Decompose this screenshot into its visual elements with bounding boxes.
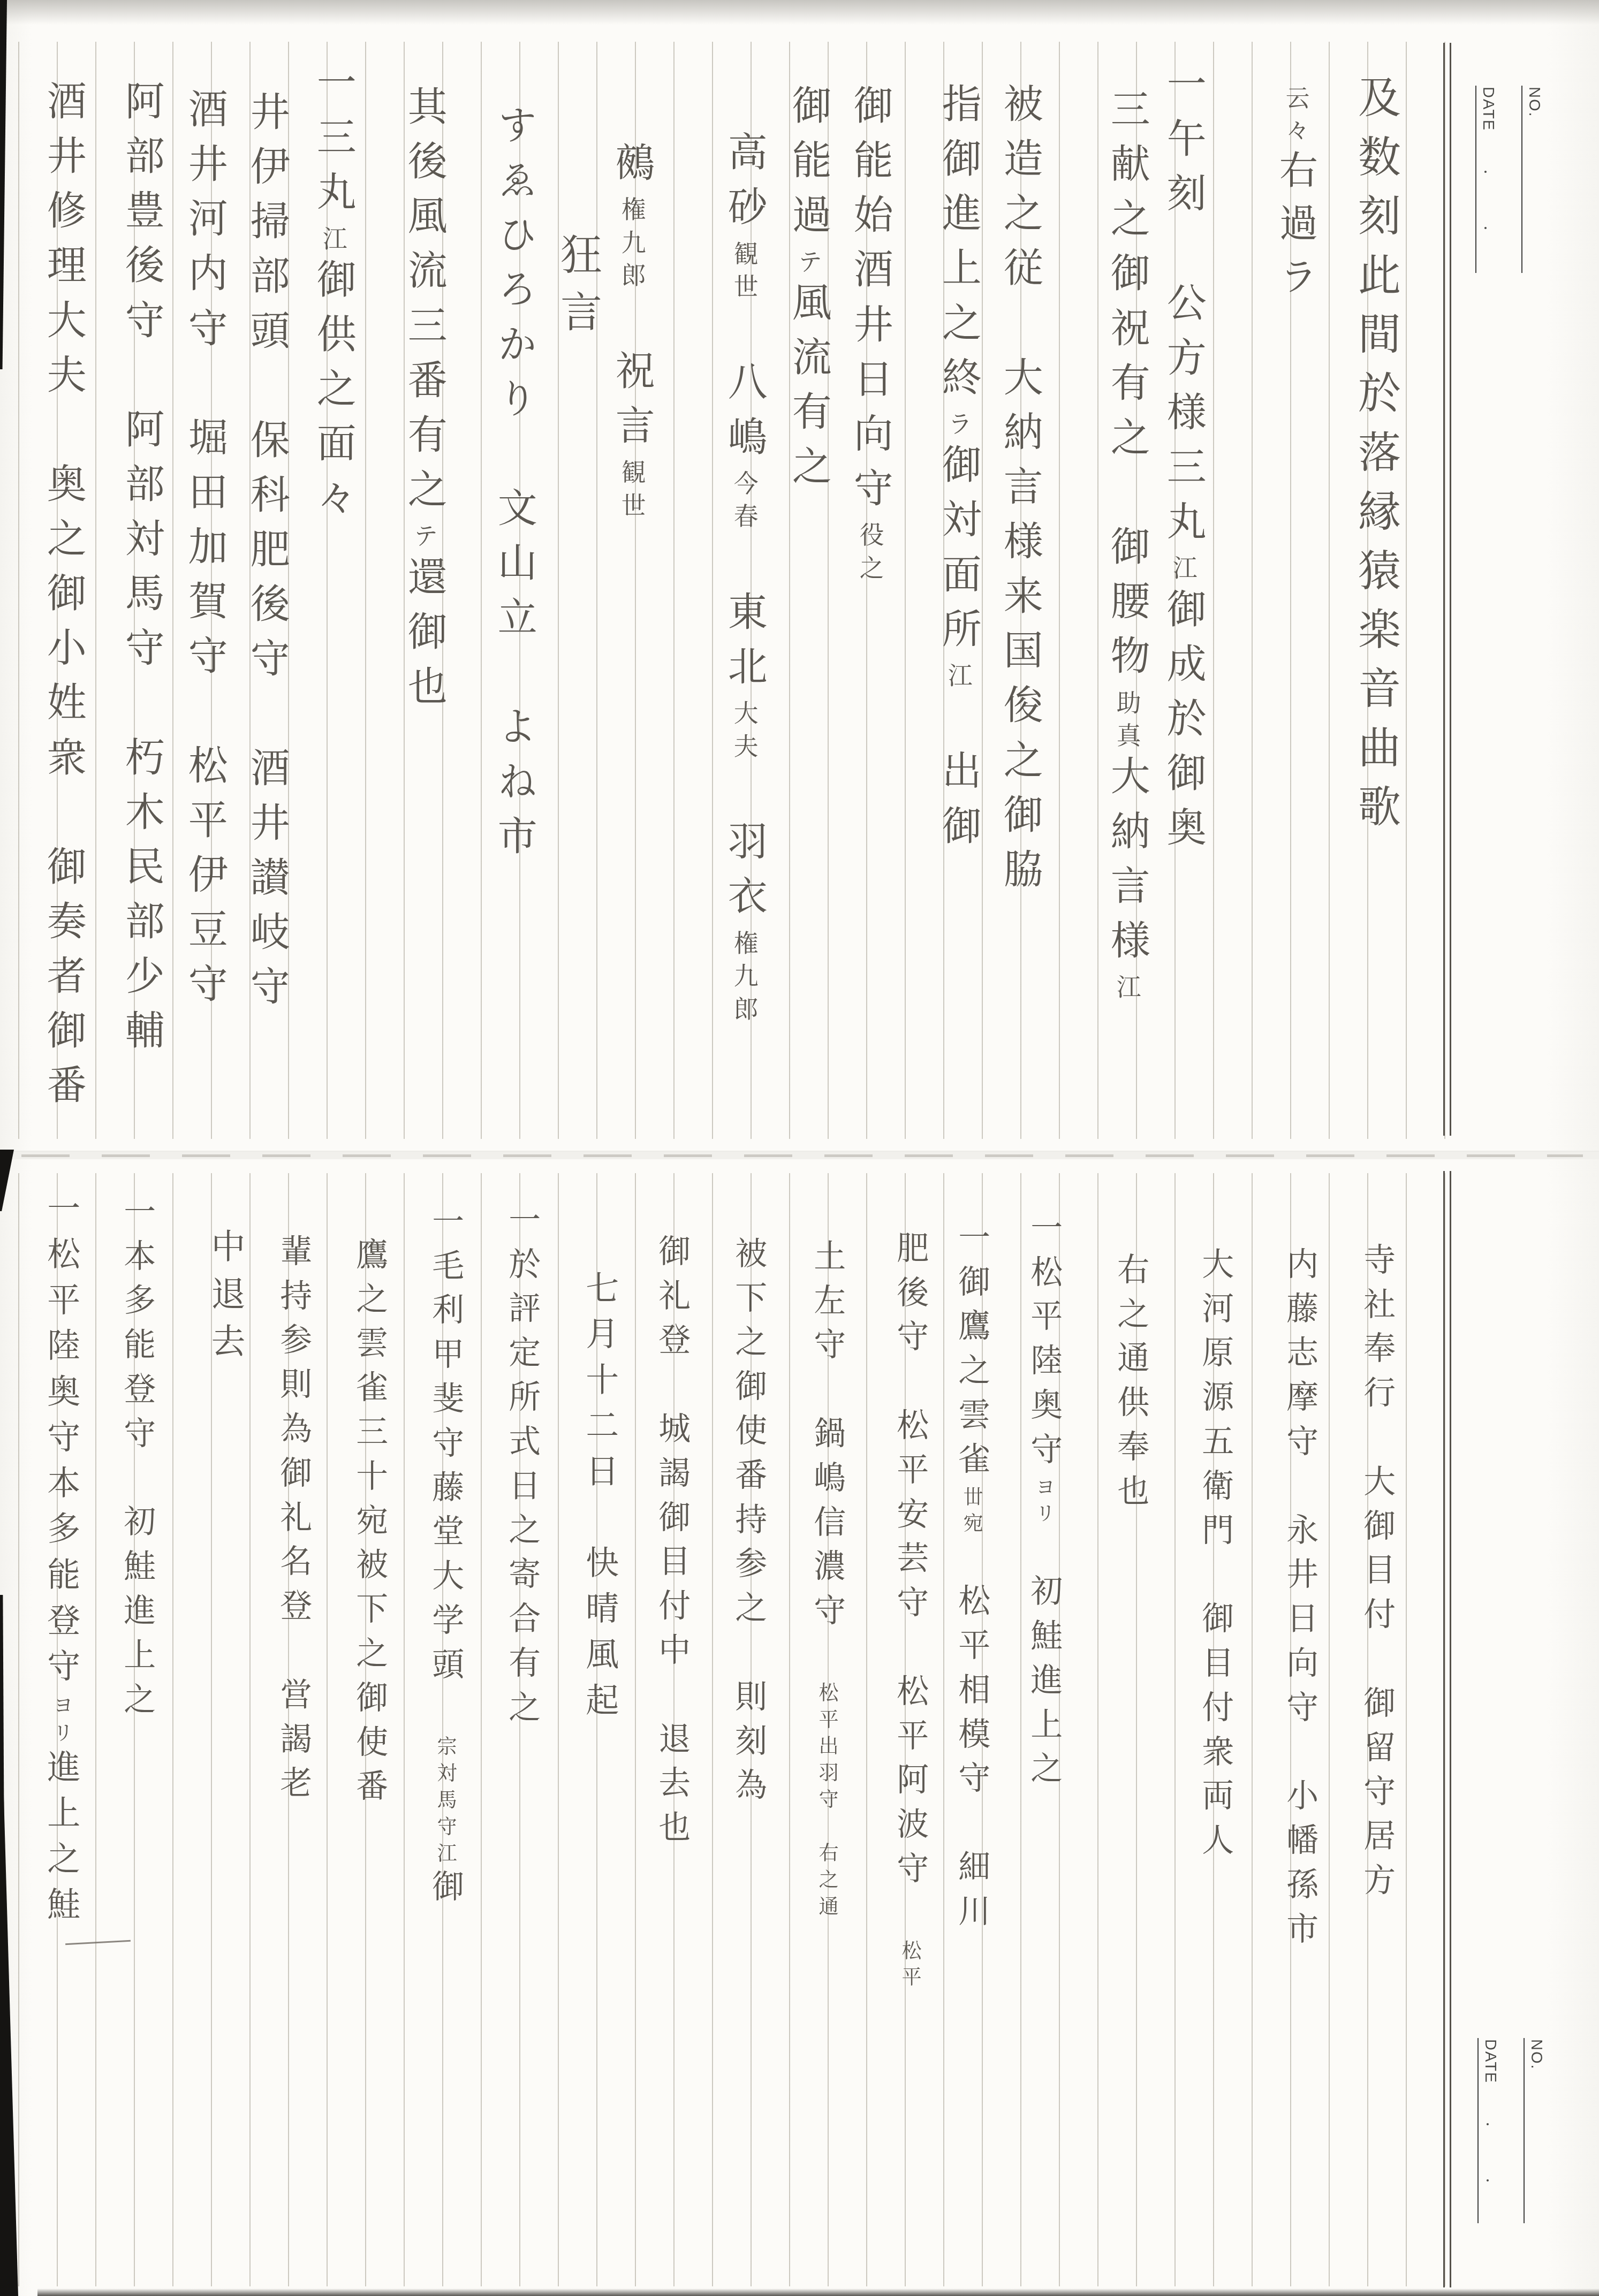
date-label: DATE	[1479, 87, 1497, 131]
notebook-page-2	[0, 1159, 1599, 2296]
ruled-lines	[9, 42, 1445, 1139]
page1-header: NO. DATE ・ ・	[1452, 86, 1544, 273]
no-field: NO.	[1524, 2038, 1546, 2223]
date-separator-dot: ・	[1477, 166, 1494, 178]
scanned-notebook: NO. DATE ・ ・ NO. DATE ・ ・ 及数刻此間於落縁猿楽音曲歌云…	[0, 0, 1599, 2296]
margin-double-line	[1443, 43, 1451, 1136]
no-label: NO.	[1525, 87, 1543, 118]
date-field: DATE ・ ・	[1477, 2038, 1500, 2223]
page-seam	[0, 1152, 1599, 1159]
notebook-page-1	[0, 0, 1599, 1151]
no-field: NO.	[1521, 86, 1544, 273]
date-separator-dot: ・	[1480, 2118, 1496, 2130]
no-label: NO.	[1527, 2039, 1545, 2070]
page2-header: NO. DATE ・ ・	[1454, 2038, 1546, 2223]
date-label: DATE	[1481, 2039, 1499, 2084]
page-seam-line	[21, 1154, 1583, 1157]
date-separator-dot: ・	[1480, 2175, 1496, 2186]
date-separator-dot: ・	[1477, 222, 1494, 234]
scan-artifact-bottom-edge	[37, 2289, 1599, 2296]
ruled-lines	[9, 1173, 1445, 2286]
scan-artifact-top-edge	[0, 0, 1599, 25]
date-field: DATE ・ ・	[1475, 86, 1498, 273]
margin-double-line	[1443, 1171, 1451, 2287]
